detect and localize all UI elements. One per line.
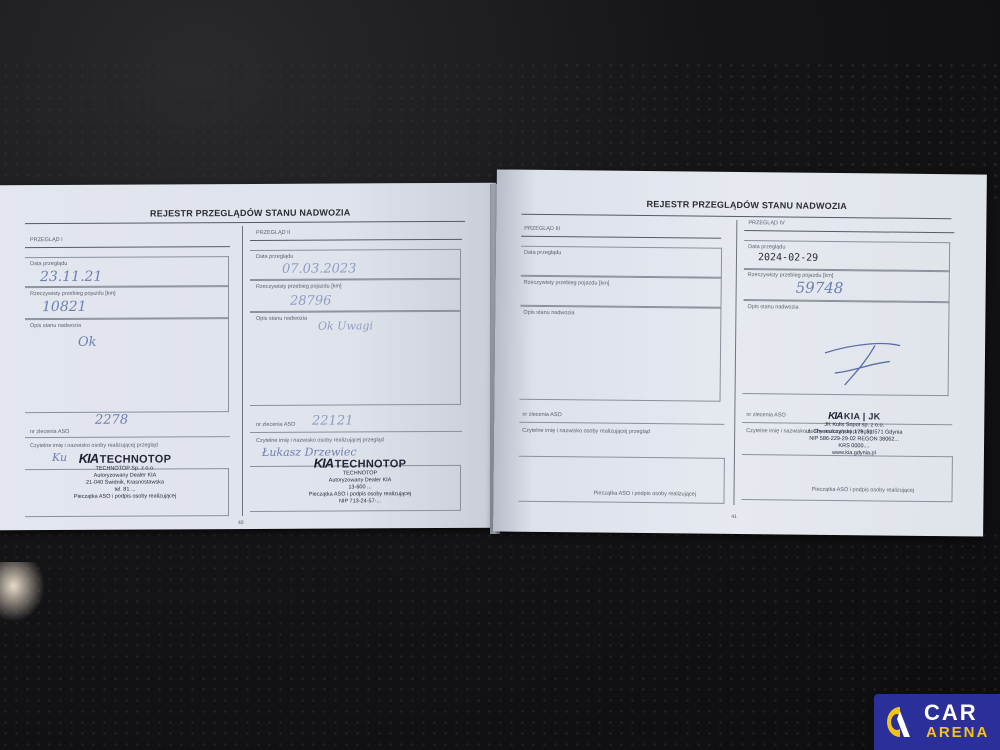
dealer-stamp: KIA KIA | JK JK Kulis Sopot sp. z o.o. u…	[779, 412, 929, 458]
page-title: REJESTR PRZEGLĄDÓW STANU NADWOZIA	[150, 207, 350, 218]
light-glare	[0, 562, 45, 622]
date-value: 2024-02-29	[758, 252, 818, 264]
aso-number-label: nr zlecenia ASO	[256, 422, 295, 428]
page-number: 40	[238, 520, 244, 526]
dealer-stamp: KIA TECHNOTOP TECHNOTOP Autoryzowany Dea…	[290, 459, 430, 506]
section-heading: PRZEGLĄD II	[256, 230, 290, 236]
section-heading: PRZEGLĄD I	[30, 237, 63, 243]
section-przeglad-2: PRZEGLĄD II Data przeglądu 07.03.2023 Rz…	[0, 183, 496, 186]
stamp-caption: Pieczątka ASO i podpis osoby realizujące…	[593, 490, 695, 497]
page-title: REJESTR PRZEGLĄDÓW STANU NADWOZIA	[647, 199, 848, 211]
date-value: 07.03.2023	[282, 261, 356, 276]
mileage-value: 10821	[42, 299, 87, 315]
section-heading: PRZEGLĄD IV	[748, 220, 784, 226]
aso-number-label: nr zlecenia ASO	[30, 429, 69, 435]
dealer-stamp: KIA TECHNOTOP TECHNOTOP Sp. z o.o. Autor…	[60, 454, 190, 501]
kia-logo: KIA	[828, 413, 842, 420]
kia-logo: KIA	[79, 455, 98, 462]
kia-logo: KIA	[314, 460, 333, 467]
mileage-value: 59748	[796, 279, 844, 297]
watermark-line1: CAR	[924, 700, 978, 726]
aso-number-label: nr zlecenia ASO	[522, 412, 561, 418]
signature-label: Czytelne imię i nazwisko osoby realizują…	[30, 442, 158, 449]
watermark-line2: ARENA	[926, 724, 989, 741]
right-page: REJESTR PRZEGLĄDÓW STANU NADWOZIA PRZEGL…	[493, 169, 987, 536]
aso-number-value: 22121	[312, 413, 353, 428]
date-value: 23.11.21	[40, 269, 102, 285]
service-booklet: REJESTR PRZEGLĄDÓW STANU NADWOZIA PRZEGL…	[0, 172, 1000, 542]
signature-value: Łukasz Drzewiec	[262, 445, 357, 458]
page-number: 41	[731, 514, 737, 520]
left-page: REJESTR PRZEGLĄDÓW STANU NADWOZIA PRZEGL…	[0, 183, 496, 531]
car-arena-watermark: CAR ARENA	[874, 694, 1000, 750]
section-heading: PRZEGLĄD III	[524, 226, 560, 232]
body-desc-value: Ok	[78, 335, 97, 350]
aso-number-value: 2278	[95, 413, 128, 428]
signature-label: Czytelne imię i nazwisko osoby realizują…	[522, 428, 650, 435]
stamp-caption: Pieczątka ASO i podpis osoby realizujące…	[812, 487, 914, 494]
car-arena-logo-icon	[886, 705, 912, 739]
handwritten-scribble	[815, 333, 906, 394]
signature-label: Czytelne imię i nazwisko osoby realizują…	[256, 437, 384, 444]
body-desc-value: Ok Uwagi	[318, 319, 373, 332]
seat-fabric-bottom	[0, 530, 1000, 750]
section-przeglad-1: PRZEGLĄD I Data przeglądu 23.11.21 Rzecz…	[0, 183, 496, 186]
mileage-value: 28796	[290, 294, 331, 309]
